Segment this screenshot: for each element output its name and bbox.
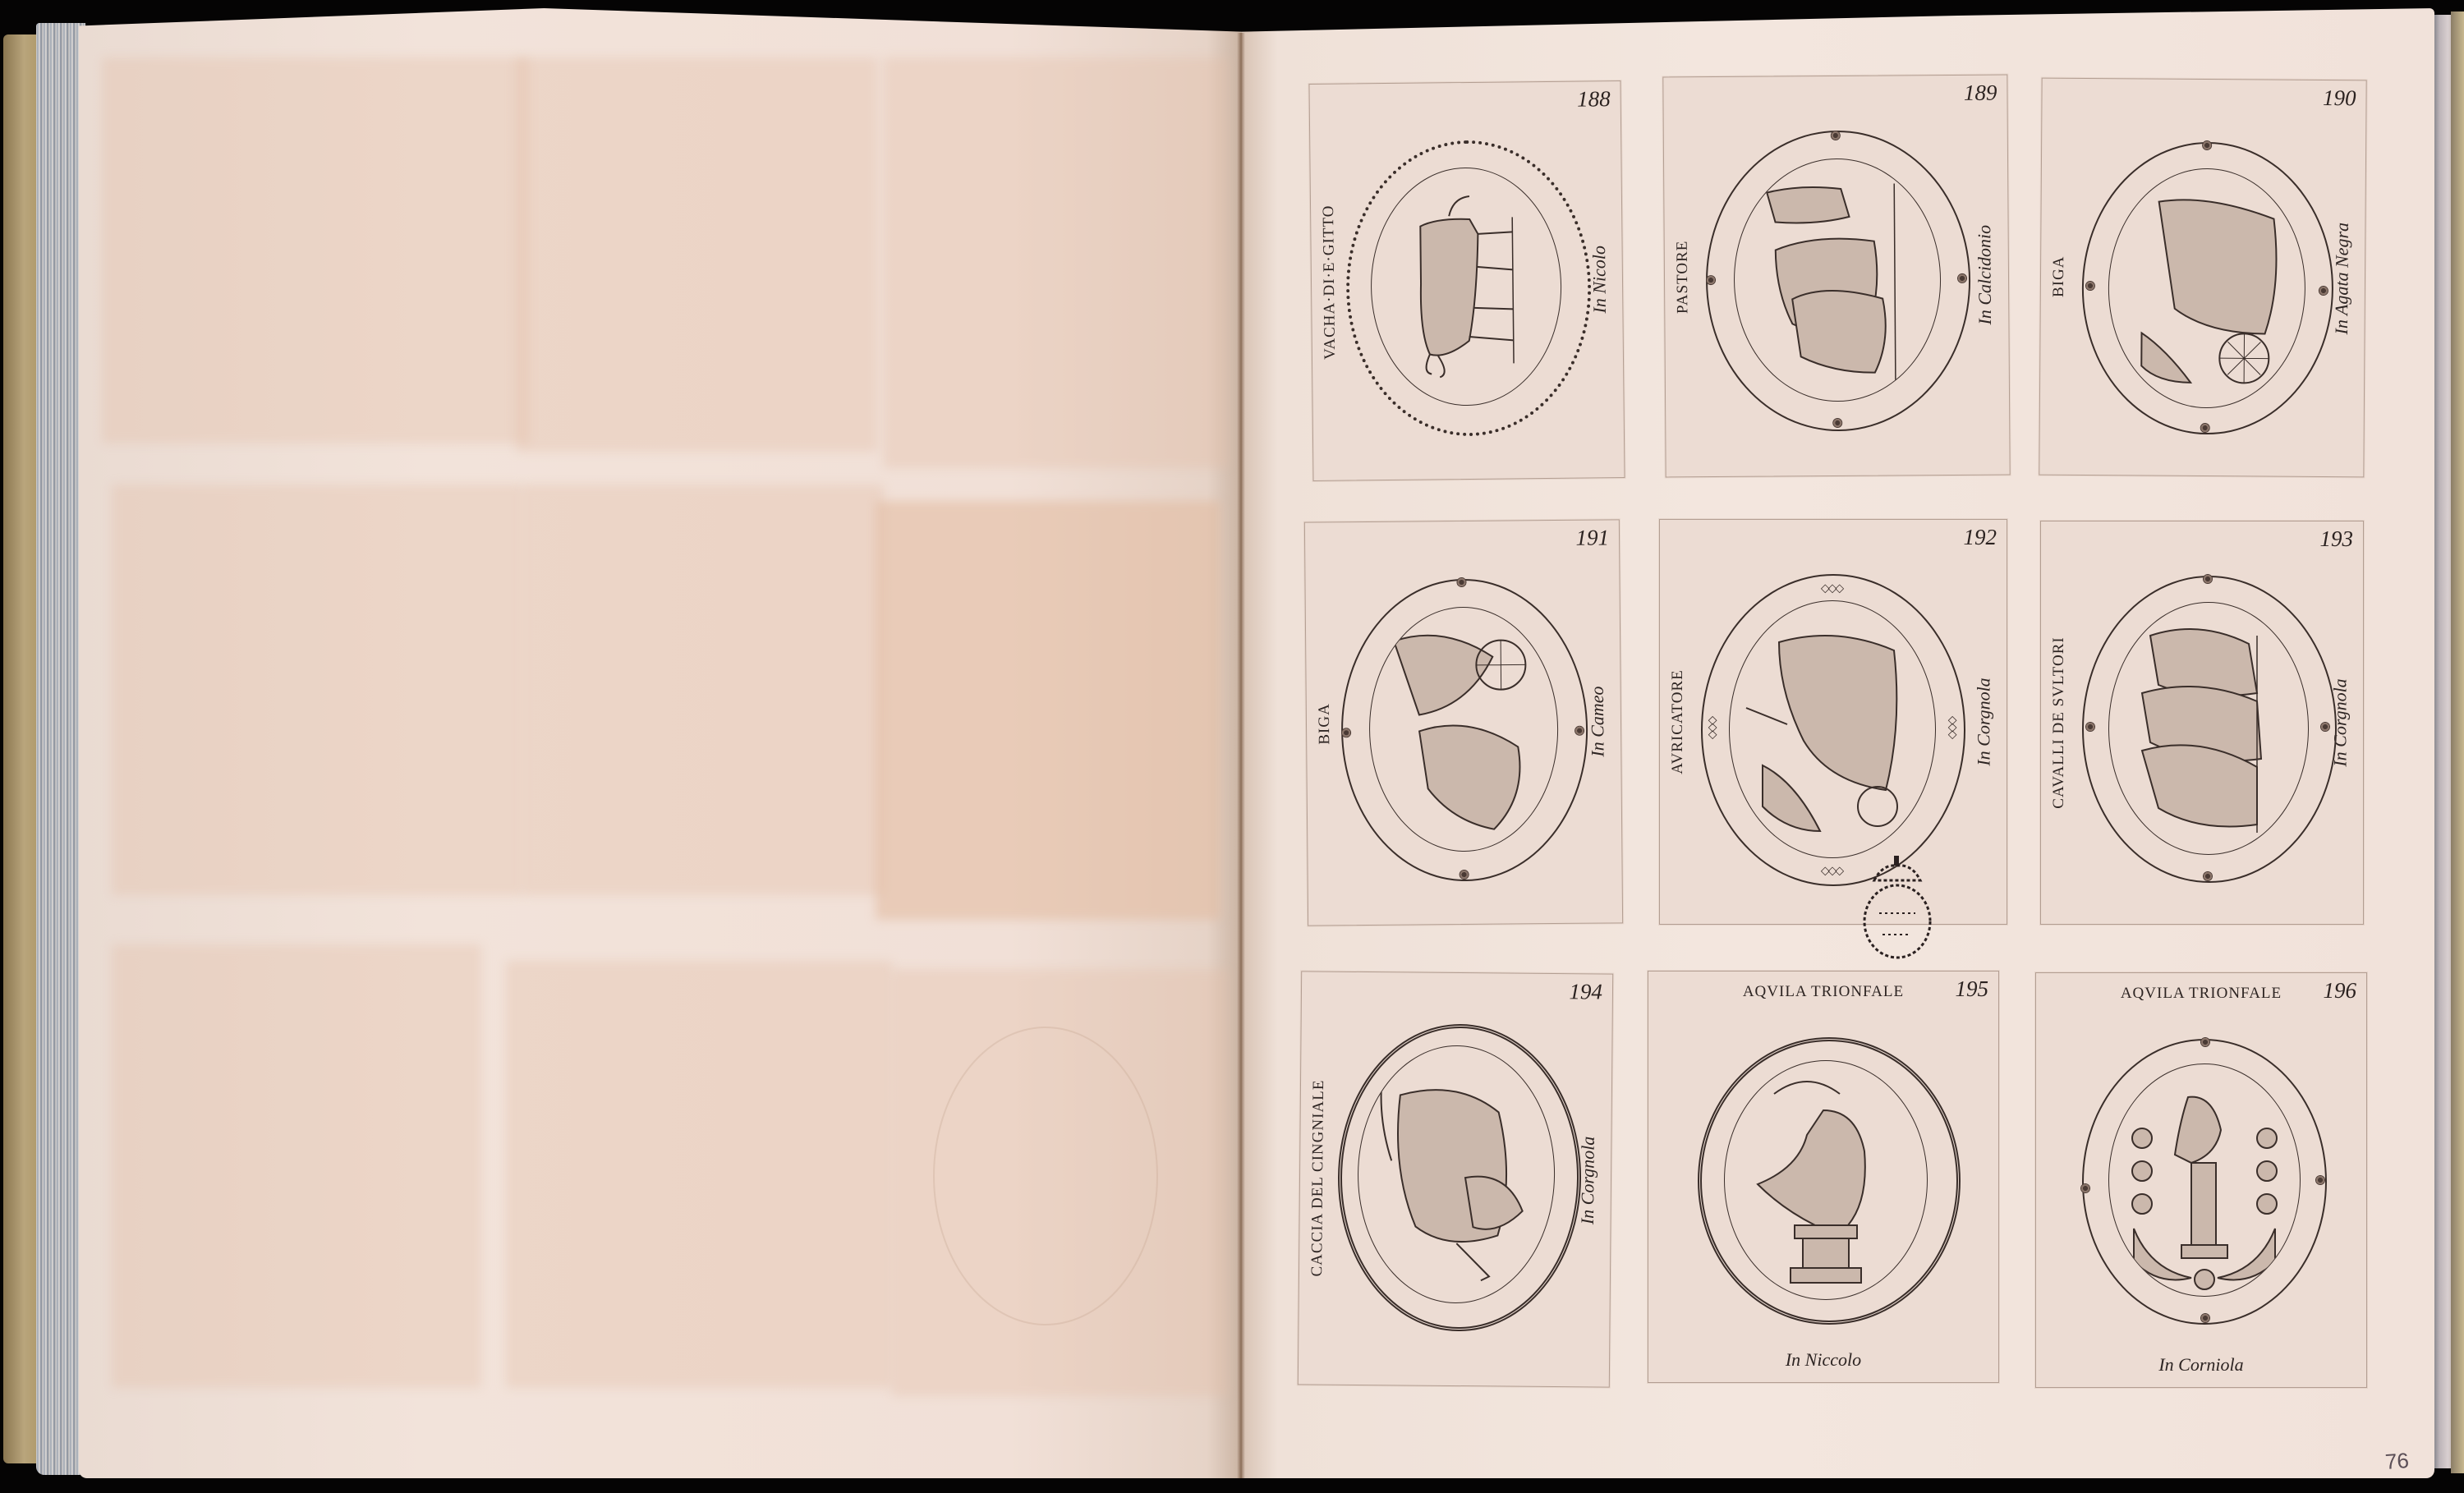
biga-engraving [2108, 168, 2305, 408]
plate-gem-label: In Cameo [1587, 686, 1609, 756]
plate-title: VACHA·DI·E·GITTO [1320, 204, 1340, 360]
rosette-ornament [2202, 140, 2212, 150]
rosette-ornament [1460, 870, 1469, 880]
rosette-ornament [1706, 275, 1716, 285]
plate-gem-label: In Corgnola [1973, 678, 1994, 765]
rosette-ornament [2085, 281, 2095, 291]
plate-title: CAVALLI DE SVLTORI [2050, 636, 2068, 808]
plate-190: 190 BIGA In Agata Negra [2039, 78, 2366, 478]
folio-number: 76 [2384, 1448, 2410, 1475]
offset-ghost-oval [933, 1027, 1158, 1325]
gem-oval [2108, 168, 2306, 409]
cow-engraving [1371, 168, 1562, 406]
gem-oval [2108, 602, 2309, 855]
horses-rider-engraving [2109, 603, 2308, 854]
plate-title: AQVILA TRIONFALE [2036, 985, 2366, 1003]
page-edges-left [36, 23, 85, 1475]
plate-title: BIGA [2050, 255, 2068, 297]
gem-oval [1357, 1045, 1556, 1304]
offset-ghost [522, 485, 884, 895]
plate-title: BIGA [1316, 703, 1334, 745]
plate-title: AVRICATORE [1669, 669, 1687, 774]
boar-hunt-engraving [1358, 1045, 1556, 1303]
gem-oval [1368, 606, 1560, 852]
rosette-ornament [1832, 418, 1842, 428]
plate-number: 192 [1964, 525, 1997, 550]
rosette-ornament [2203, 871, 2213, 881]
offset-ghost [102, 57, 529, 443]
rosette-ornament [1341, 728, 1351, 737]
rosette-ornament [1957, 273, 1967, 283]
plate-gem-label: In Calcidonio [1974, 225, 1997, 325]
rosette-ornament [1831, 131, 1841, 140]
eagle-column-engraving [2109, 1064, 2300, 1296]
rosette-ornament [2080, 1183, 2090, 1193]
gem-oval [1724, 1060, 1928, 1300]
rosette-ornament [2315, 1175, 2325, 1185]
charioteer-engraving [1730, 601, 1935, 857]
rosette-ornament [2200, 423, 2210, 433]
offset-ghost [876, 501, 1221, 920]
plate-number: 194 [1569, 979, 1602, 1004]
plate-196: 196 AQVILA TRIONFALE In Corniola [2035, 972, 2367, 1388]
rosette-ornament [2319, 286, 2328, 296]
rosette-ornament [2085, 722, 2095, 732]
plate-title: CACCIA DEL CINGNIALE [1308, 1079, 1328, 1276]
diamond-ornament: ◇◇◇ [1821, 865, 1842, 879]
rosette-ornament [2320, 722, 2330, 732]
plate-number: 193 [2320, 526, 2354, 552]
plate-gem-label: In Agata Negra [2331, 223, 2353, 335]
left-page [79, 8, 1242, 1478]
plate-192: 192 AVRICATORE In Corgnola ◇◇◇ ◇◇◇ ◇◇◇ ◇… [1659, 519, 2007, 925]
plate-number: 191 [1575, 525, 1609, 550]
gem-oval [2108, 1063, 2301, 1297]
eagle-pedestal-engraving [1725, 1061, 1927, 1299]
rosette-ornament [1456, 577, 1466, 587]
offset-ghost [516, 57, 877, 452]
plate-188: 188 VACHA·DI·E·GITTO In Nicolo [1308, 80, 1625, 481]
rosette-ornament [1574, 726, 1584, 736]
rosette-ornament [2200, 1313, 2210, 1323]
diamond-ornament: ◇◇◇ [1821, 582, 1842, 596]
diamond-ornament: ◇◇◇ [1706, 716, 1720, 737]
diamond-ornament: ◇◇◇ [1946, 716, 1960, 737]
rosette-ornament [2203, 574, 2213, 584]
plate-gem-label: In Nicolo [1588, 246, 1611, 314]
plate-gem-label: In Niccolo [1648, 1349, 1998, 1371]
gem-oval [1733, 158, 1942, 402]
plate-title: AQVILA TRIONFALE [1648, 983, 1998, 1001]
library-stamp [1858, 856, 1937, 962]
rosette-ornament [2200, 1037, 2210, 1047]
plate-193: 193 CAVALLI DE SVLTORI In Corgnola [2040, 521, 2364, 925]
offset-ghost [112, 944, 481, 1388]
offset-ghost [884, 57, 1229, 468]
shepherd-cattle-engraving [1734, 158, 1941, 402]
offset-ghost [112, 485, 522, 895]
plate-number: 188 [1577, 86, 1611, 112]
plate-191: 191 BIGA In Cameo [1304, 519, 1623, 926]
gem-oval [1370, 167, 1563, 407]
plate-number: 189 [1964, 80, 1997, 106]
book-gutter [1237, 33, 1245, 1478]
plate-194: 194 CACCIA DEL CINGNIALE In Corgnola [1298, 971, 1613, 1387]
offset-ghost [506, 961, 892, 1388]
plate-gem-label: In Corniola [2036, 1354, 2366, 1376]
plate-title: PASTORE [1674, 241, 1693, 315]
plate-number: 190 [2323, 85, 2356, 111]
plate-189: 189 PASTORE In Calcidonio [1662, 75, 2010, 478]
biga-engraving [1369, 607, 1559, 852]
gem-oval [1729, 600, 1936, 858]
book-cover-right [2451, 11, 2464, 1473]
plate-195: 195 AQVILA TRIONFALE In Niccolo [1648, 971, 1999, 1383]
